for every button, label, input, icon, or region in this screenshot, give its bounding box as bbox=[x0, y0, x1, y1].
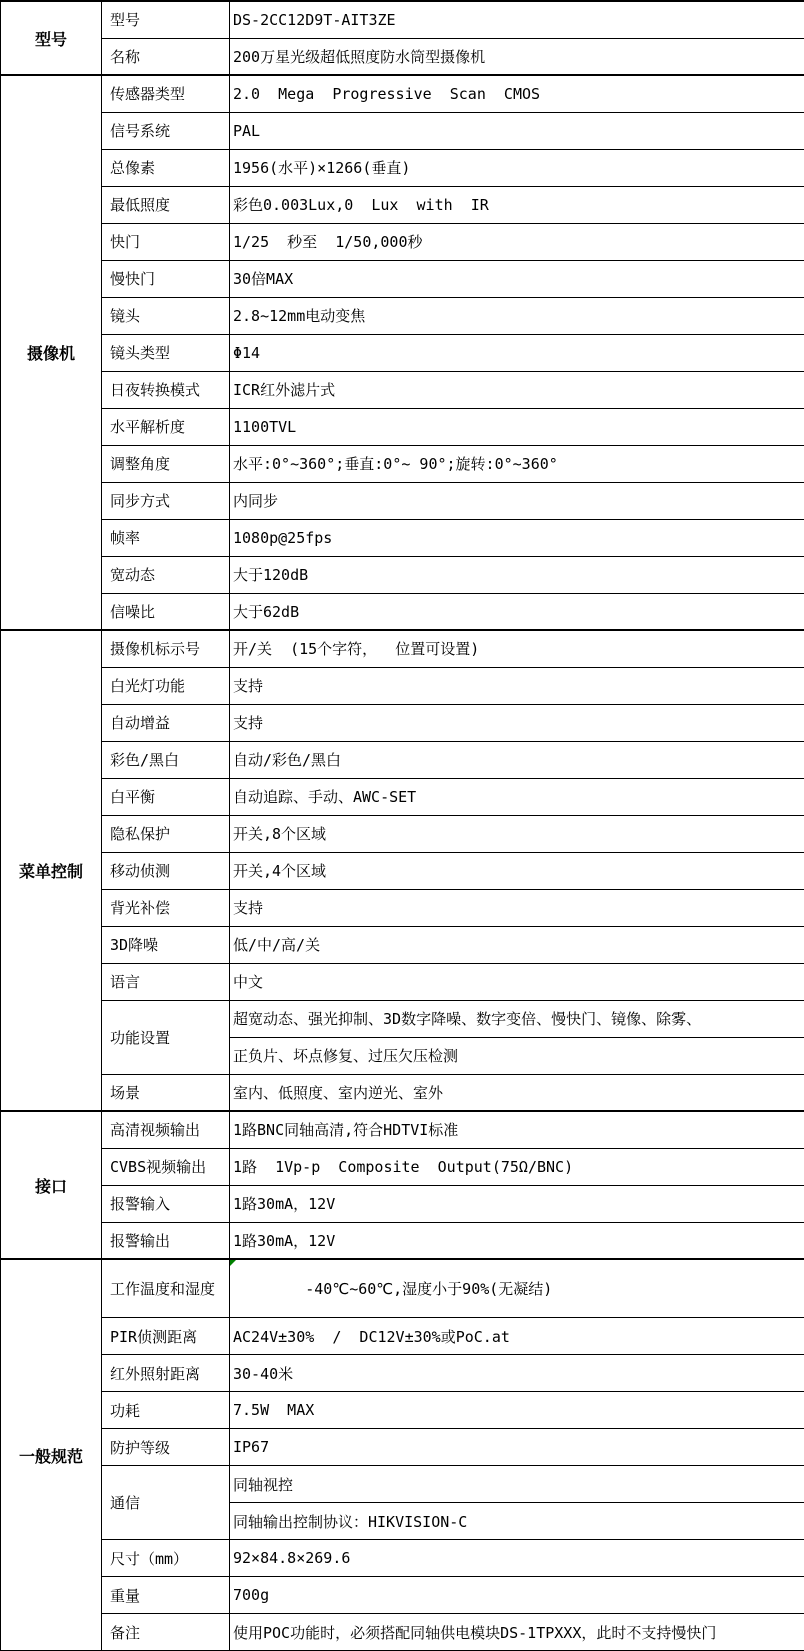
spec-value-cell: 低/中/高/关 bbox=[230, 926, 804, 963]
spec-value-cell: Φ14 bbox=[230, 334, 804, 371]
spec-name-cell: 型号 bbox=[102, 1, 230, 38]
spec-value-cell: 支持 bbox=[230, 704, 804, 741]
table-row: 备注 使用POC功能时，必须搭配同轴供电模块DS-1TPXXX，此时不支持慢快门 bbox=[1, 1614, 804, 1651]
spec-value-cell: 支持 bbox=[230, 889, 804, 926]
spec-value-cell: AC24V±30% / DC12V±30%或PoC.at bbox=[230, 1318, 804, 1355]
spec-value-cell: 1/25 秒至 1/50,000秒 bbox=[230, 223, 804, 260]
table-row: 最低照度 彩色0.003Lux,0 Lux with IR bbox=[1, 186, 804, 223]
spec-name-cell: 快门 bbox=[102, 223, 230, 260]
spec-value-cell: 7.5W MAX bbox=[230, 1392, 804, 1429]
spec-name-cell: CVBS视频输出 bbox=[102, 1148, 230, 1185]
spec-value-cell: 自动/彩色/黑白 bbox=[230, 741, 804, 778]
section-cell-interface: 接口 bbox=[1, 1111, 102, 1259]
table-row: 报警输出 1路30mA，12V bbox=[1, 1222, 804, 1259]
spec-name-cell: 同步方式 bbox=[102, 482, 230, 519]
spec-value-cell: 1路 1Vp-p Composite Output(75Ω/BNC) bbox=[230, 1148, 804, 1185]
table-row: 慢快门 30倍MAX bbox=[1, 260, 804, 297]
spec-name-cell: 总像素 bbox=[102, 149, 230, 186]
spec-name-cell: 传感器类型 bbox=[102, 75, 230, 112]
table-row: 型号 型号 DS-2CC12D9T-AIT3ZE bbox=[1, 1, 804, 38]
spec-name-cell: 报警输出 bbox=[102, 1222, 230, 1259]
table-row: 宽动态 大于120dB bbox=[1, 556, 804, 593]
table-row: 快门 1/25 秒至 1/50,000秒 bbox=[1, 223, 804, 260]
spec-name-cell: 功耗 bbox=[102, 1392, 230, 1429]
table-row: 调整角度 水平:0°~360°;垂直:0°~ 90°;旋转:0°~360° bbox=[1, 445, 804, 482]
spec-value-cell: 自动追踪、手动、AWC-SET bbox=[230, 778, 804, 815]
table-row: 移动侦测 开关,4个区域 bbox=[1, 852, 804, 889]
spec-value: -40℃~60℃,湿度小于90%(无凝结) bbox=[305, 1280, 552, 1298]
spec-value-cell: 1路30mA，12V bbox=[230, 1222, 804, 1259]
table-row: 自动增益 支持 bbox=[1, 704, 804, 741]
spec-value-cell: 开/关 (15个字符， 位置可设置) bbox=[230, 630, 804, 667]
spec-name-cell: 名称 bbox=[102, 38, 230, 75]
table-row: 一般规范 工作温度和湿度 -40℃~60℃,湿度小于90%(无凝结) bbox=[1, 1259, 804, 1318]
table-row: PIR侦测距离 AC24V±30% / DC12V±30%或PoC.at bbox=[1, 1318, 804, 1355]
spec-name-cell: 防护等级 bbox=[102, 1429, 230, 1466]
spec-name-cell: 白光灯功能 bbox=[102, 667, 230, 704]
spec-name-cell: 备注 bbox=[102, 1614, 230, 1651]
spec-name-cell: 3D降噪 bbox=[102, 926, 230, 963]
spec-name-cell: PIR侦测距离 bbox=[102, 1318, 230, 1355]
spec-name-cell: 信号系统 bbox=[102, 112, 230, 149]
spec-name-cell: 移动侦测 bbox=[102, 852, 230, 889]
spec-name-cell: 重量 bbox=[102, 1577, 230, 1614]
spec-value-cell: 30倍MAX bbox=[230, 260, 804, 297]
spec-name-cell: 通信 bbox=[102, 1466, 230, 1540]
spec-name-cell: 语言 bbox=[102, 963, 230, 1000]
section-cell-model: 型号 bbox=[1, 1, 102, 75]
section-cell-menu-control: 菜单控制 bbox=[1, 630, 102, 1111]
spec-name-cell: 水平解析度 bbox=[102, 408, 230, 445]
spec-name-cell: 工作温度和湿度 bbox=[102, 1259, 230, 1318]
spec-value-cell: 2.0 Mega Progressive Scan CMOS bbox=[230, 75, 804, 112]
spec-value-cell: 1路BNC同轴高清,符合HDTVI标准 bbox=[230, 1111, 804, 1148]
spec-name-cell: 隐私保护 bbox=[102, 815, 230, 852]
spec-value-cell: 正负片、坏点修复、过压欠压检测 bbox=[230, 1037, 804, 1074]
table-row: 信号系统 PAL bbox=[1, 112, 804, 149]
spec-name-cell: 慢快门 bbox=[102, 260, 230, 297]
table-row: 总像素 1956(水平)×1266(垂直) bbox=[1, 149, 804, 186]
spec-value-cell: ICR红外滤片式 bbox=[230, 371, 804, 408]
spec-name-cell: 宽动态 bbox=[102, 556, 230, 593]
spec-name-cell: 红外照射距离 bbox=[102, 1355, 230, 1392]
spec-value-cell: 开关,8个区域 bbox=[230, 815, 804, 852]
spec-name-cell: 白平衡 bbox=[102, 778, 230, 815]
spec-value-cell: IP67 bbox=[230, 1429, 804, 1466]
spec-value-cell: 内同步 bbox=[230, 482, 804, 519]
table-row: 功耗 7.5W MAX bbox=[1, 1392, 804, 1429]
spec-value-cell: 200万星光级超低照度防水筒型摄像机 bbox=[230, 38, 804, 75]
section-cell-camera: 摄像机 bbox=[1, 75, 102, 630]
table-row: 白光灯功能 支持 bbox=[1, 667, 804, 704]
table-row: 信噪比 大于62dB bbox=[1, 593, 804, 630]
spec-value-cell: 30-40米 bbox=[230, 1355, 804, 1392]
section-cell-general-spec: 一般规范 bbox=[1, 1259, 102, 1651]
spec-value-cell: PAL bbox=[230, 112, 804, 149]
spec-value-cell: 92×84.8×269.6 bbox=[230, 1540, 804, 1577]
table-row: 白平衡 自动追踪、手动、AWC-SET bbox=[1, 778, 804, 815]
spec-value-cell: 大于120dB bbox=[230, 556, 804, 593]
table-row: 红外照射距离 30-40米 bbox=[1, 1355, 804, 1392]
table-row: 尺寸（mm） 92×84.8×269.6 bbox=[1, 1540, 804, 1577]
spec-name-cell: 调整角度 bbox=[102, 445, 230, 482]
table-row: 水平解析度 1100TVL bbox=[1, 408, 804, 445]
spec-name-cell: 背光补偿 bbox=[102, 889, 230, 926]
spec-name-cell: 功能设置 bbox=[102, 1000, 230, 1074]
spec-name-cell: 镜头类型 bbox=[102, 334, 230, 371]
spec-name-cell: 高清视频输出 bbox=[102, 1111, 230, 1148]
spec-name-cell: 日夜转换模式 bbox=[102, 371, 230, 408]
spec-value-cell: 开关,4个区域 bbox=[230, 852, 804, 889]
spec-name-cell: 彩色/黑白 bbox=[102, 741, 230, 778]
spec-name-cell: 场景 bbox=[102, 1074, 230, 1111]
table-row: 日夜转换模式 ICR红外滤片式 bbox=[1, 371, 804, 408]
spec-name-cell: 尺寸（mm） bbox=[102, 1540, 230, 1577]
table-row: 菜单控制 摄像机标示号 开/关 (15个字符， 位置可设置) bbox=[1, 630, 804, 667]
spec-name-cell: 最低照度 bbox=[102, 186, 230, 223]
table-row: 语言 中文 bbox=[1, 963, 804, 1000]
table-row: 功能设置 超宽动态、强光抑制、3D数字降噪、数字变倍、慢快门、镜像、除雾、 bbox=[1, 1000, 804, 1037]
table-row: 摄像机 传感器类型 2.0 Mega Progressive Scan CMOS bbox=[1, 75, 804, 112]
table-row: 3D降噪 低/中/高/关 bbox=[1, 926, 804, 963]
table-row: 名称 200万星光级超低照度防水筒型摄像机 bbox=[1, 38, 804, 75]
spec-value-cell: 室内、低照度、室内逆光、室外 bbox=[230, 1074, 804, 1111]
table-row: 镜头类型 Φ14 bbox=[1, 334, 804, 371]
spec-value-cell: 彩色0.003Lux,0 Lux with IR bbox=[230, 186, 804, 223]
spec-value-cell: 水平:0°~360°;垂直:0°~ 90°;旋转:0°~360° bbox=[230, 445, 804, 482]
spec-value-cell: 1956(水平)×1266(垂直) bbox=[230, 149, 804, 186]
spec-value-cell: 1路30mA，12V bbox=[230, 1185, 804, 1222]
spec-value-cell: 使用POC功能时，必须搭配同轴供电模块DS-1TPXXX，此时不支持慢快门 bbox=[230, 1614, 804, 1651]
spec-value-cell: 中文 bbox=[230, 963, 804, 1000]
spec-value-cell: 超宽动态、强光抑制、3D数字降噪、数字变倍、慢快门、镜像、除雾、 bbox=[230, 1000, 804, 1037]
spec-value-cell: 700g bbox=[230, 1577, 804, 1614]
table-row: 接口 高清视频输出 1路BNC同轴高清,符合HDTVI标准 bbox=[1, 1111, 804, 1148]
spec-value-cell: 大于62dB bbox=[230, 593, 804, 630]
spec-value-cell: -40℃~60℃,湿度小于90%(无凝结) bbox=[230, 1259, 804, 1318]
table-row: 彩色/黑白 自动/彩色/黑白 bbox=[1, 741, 804, 778]
table-row: 背光补偿 支持 bbox=[1, 889, 804, 926]
spec-name-cell: 镜头 bbox=[102, 297, 230, 334]
spec-table: 型号 型号 DS-2CC12D9T-AIT3ZE 名称 200万星光级超低照度防… bbox=[0, 0, 804, 1651]
spec-name-cell: 帧率 bbox=[102, 519, 230, 556]
table-row: CVBS视频输出 1路 1Vp-p Composite Output(75Ω/B… bbox=[1, 1148, 804, 1185]
table-row: 报警输入 1路30mA，12V bbox=[1, 1185, 804, 1222]
table-row: 防护等级 IP67 bbox=[1, 1429, 804, 1466]
table-row: 镜头 2.8~12mm电动变焦 bbox=[1, 297, 804, 334]
spec-name-cell: 自动增益 bbox=[102, 704, 230, 741]
spec-value-cell: 1100TVL bbox=[230, 408, 804, 445]
table-row: 同步方式 内同步 bbox=[1, 482, 804, 519]
table-row: 通信 同轴视控 bbox=[1, 1466, 804, 1503]
spec-value-cell: 支持 bbox=[230, 667, 804, 704]
spec-value-cell: 同轴视控 bbox=[230, 1466, 804, 1503]
table-row: 隐私保护 开关,8个区域 bbox=[1, 815, 804, 852]
spec-value-cell: 同轴输出控制协议：HIKVISION-C bbox=[230, 1503, 804, 1540]
table-row: 帧率 1080p@25fps bbox=[1, 519, 804, 556]
spec-name-cell: 信噪比 bbox=[102, 593, 230, 630]
spec-value-cell: DS-2CC12D9T-AIT3ZE bbox=[230, 1, 804, 38]
spec-value-cell: 1080p@25fps bbox=[230, 519, 804, 556]
spec-value-cell: 2.8~12mm电动变焦 bbox=[230, 297, 804, 334]
table-row: 重量 700g bbox=[1, 1577, 804, 1614]
comment-marker-icon bbox=[230, 1260, 236, 1266]
table-row: 场景 室内、低照度、室内逆光、室外 bbox=[1, 1074, 804, 1111]
spec-name-cell: 报警输入 bbox=[102, 1185, 230, 1222]
spec-name-cell: 摄像机标示号 bbox=[102, 630, 230, 667]
